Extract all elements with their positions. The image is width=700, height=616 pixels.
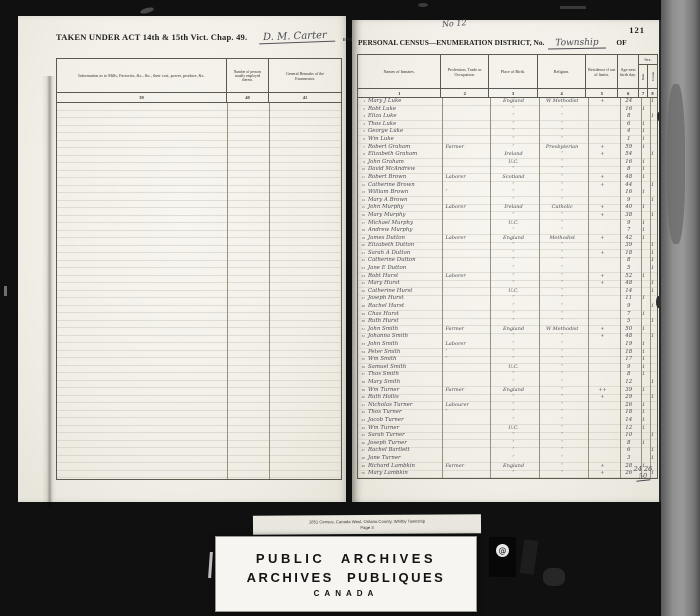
cell-birth: Ireland — [489, 151, 538, 159]
cell-res — [587, 311, 619, 319]
column-number: 4 — [538, 89, 587, 97]
census-row: 11Robert BrownLaborerScotland″+481 — [358, 174, 657, 182]
census-row: 37Thos Smith″″81 — [358, 371, 657, 379]
cell-rel: ″ — [538, 409, 587, 417]
cell-rel: ″ — [538, 371, 587, 379]
row-number: 19 — [358, 235, 366, 243]
public-archives-fr: ARCHIVES PUBLIQUES — [247, 570, 446, 585]
census-row: 1Mary J LukeEnglandW Methodist+241 — [358, 98, 657, 106]
cell-rel: ″ — [538, 303, 587, 311]
cell-birth: ″ — [489, 440, 538, 448]
cell-name: George Luke — [366, 128, 442, 136]
row-number: 21 — [358, 250, 366, 258]
row-number: 35 — [358, 356, 366, 364]
cell-age: 3 — [618, 455, 639, 463]
page-number: 121 — [629, 25, 645, 35]
caption-line-2: Page 3 — [360, 524, 373, 530]
census-row: 10David McAndrew″″81 — [358, 166, 657, 174]
cell-age: 40 — [618, 204, 639, 212]
cell-age: 54 — [618, 151, 639, 159]
enumerator-signature: D. M. Carter — [259, 30, 335, 45]
cell-name: Catherine Dutton — [366, 257, 442, 265]
cell-age: 12 — [618, 425, 639, 433]
census-row: 42Thos Turner″″″181 — [358, 409, 657, 417]
col-header-residence: Residence if out of limits. — [586, 55, 618, 88]
cell-name: Samuel Smith — [366, 364, 442, 372]
cell-age: 18 — [618, 349, 639, 357]
cell-res — [587, 166, 619, 174]
row-number: 44 — [358, 425, 366, 433]
cell-name: Wm Smith — [366, 356, 442, 364]
act-title: TAKEN UNDER ACT 14th & 15th Vict. Chap. … — [56, 32, 247, 42]
cell-name: Rachel Hurst — [366, 303, 442, 311]
census-row: 16Mary Murphy″″+381 — [358, 212, 657, 220]
cell-age: 9 — [618, 197, 639, 205]
cell-age: 8 — [618, 440, 639, 448]
census-row: 17Michael MurphyU.C.″91 — [358, 220, 657, 228]
cell-rel: ″ — [538, 402, 587, 410]
census-row: 33John SmithLaborer″″191 — [358, 341, 657, 349]
film-right-margin — [661, 0, 700, 616]
cell-rel: ″ — [538, 394, 587, 402]
cell-res — [587, 356, 619, 364]
cell-res — [587, 288, 619, 296]
cell-age: 39 — [618, 242, 639, 250]
cell-name: Ruth Hurst — [366, 318, 442, 326]
cell-name: John Smith — [366, 326, 442, 334]
cell-birth: ″ — [489, 409, 538, 417]
census-row: 46Joseph Turner″″81 — [358, 440, 657, 448]
table-rule — [490, 98, 491, 478]
cell-birth: England — [489, 235, 538, 243]
cell-res: + — [587, 98, 619, 106]
cell-birth: U.C. — [489, 159, 538, 167]
cell-age: 19 — [618, 341, 639, 349]
cell-age: 9 — [618, 220, 639, 228]
cell-occ — [441, 280, 489, 288]
cell-birth: ″ — [489, 257, 538, 265]
cell-name: John Graham — [366, 159, 442, 167]
cell-rel: ″ — [538, 250, 587, 258]
cell-age: 59 — [618, 144, 639, 152]
cell-age: 16 — [618, 106, 639, 114]
cell-birth: ″ — [489, 356, 538, 364]
cell-res: + — [587, 174, 619, 182]
census-title-of: OF — [616, 38, 626, 47]
cell-name: Robt Hurst — [366, 273, 442, 281]
cell-rel: ″ — [538, 197, 587, 205]
film-artifact — [208, 552, 213, 578]
cell-rel: ″ — [538, 364, 587, 372]
cell-birth: U.C. — [489, 364, 538, 372]
cell-name: Elizabeth Graham — [366, 151, 442, 159]
cell-occ — [441, 159, 489, 167]
archive-caption-strip: 1851 Census, Canada West, Ontario County… — [253, 514, 481, 535]
table-rule — [539, 98, 540, 478]
row-number: 41 — [358, 402, 366, 410]
census-row: 27Joseph Hurst″″111 — [358, 295, 657, 303]
cell-res — [587, 303, 619, 311]
cell-rel: ″ — [538, 432, 587, 440]
cell-rel: ″ — [538, 182, 587, 190]
cell-occ — [441, 121, 489, 129]
column-number: 7 — [639, 89, 648, 97]
cell-rel: ″ — [538, 447, 587, 455]
cell-birth: ″ — [489, 447, 538, 455]
row-number: 7 — [358, 144, 366, 152]
census-row: 48Jane Turner″″31 — [358, 455, 657, 463]
row-number: 13 — [358, 189, 366, 197]
census-row: 32Johanna Smith″″+481 — [358, 333, 657, 341]
cell-occ — [441, 333, 489, 341]
cell-name: Mary Murphy — [366, 212, 442, 220]
film-artifact — [418, 3, 428, 7]
census-row: 45Sarah Turner″″101 — [358, 432, 657, 440]
cell-birth: ″ — [489, 182, 538, 190]
cell-res: ++ — [587, 387, 619, 395]
cell-res — [587, 227, 619, 235]
census-rows: 1Mary J LukeEnglandW Methodist+2412Robt … — [358, 98, 657, 478]
district-number-handwritten: No 12 — [442, 18, 467, 29]
cell-res — [587, 341, 619, 349]
cell-name: Sarah Turner — [366, 432, 442, 440]
row-number: 22 — [358, 257, 366, 265]
census-row: 25Mary Hurst″″+481 — [358, 280, 657, 288]
personal-census-table: Names of Inmates. Profession, Trade or O… — [357, 54, 658, 479]
cell-birth: ″ — [489, 349, 538, 357]
cell-occ — [441, 425, 489, 433]
cell-rel: ″ — [538, 151, 587, 159]
cell-occ — [441, 288, 489, 296]
cell-age: 44 — [618, 182, 639, 190]
cell-res — [587, 318, 619, 326]
cell-name: Jane Turner — [366, 455, 442, 463]
cell-birth: ″ — [489, 113, 538, 121]
row-number: 25 — [358, 280, 366, 288]
cell-age: 1 — [618, 136, 639, 144]
column-number: 3 — [489, 89, 538, 97]
cell-birth: ″ — [489, 265, 538, 273]
cell-rel: ″ — [538, 288, 587, 296]
cell-name: Robert Graham — [366, 144, 442, 152]
cell-occ: Farmer — [441, 326, 489, 334]
row-number: 29 — [358, 311, 366, 319]
cell-res — [587, 136, 619, 144]
row-number: 34 — [358, 349, 366, 357]
census-row: 4Thos Luke″″61 — [358, 121, 657, 129]
census-row: 36Samuel SmithU.C.″91 — [358, 364, 657, 372]
cell-rel: ″ — [538, 174, 587, 182]
census-row: 3Eliza Luke″″81 — [358, 113, 657, 121]
film-artifact — [543, 568, 565, 586]
film-artifact — [140, 6, 155, 14]
row-number: 3 — [358, 113, 366, 121]
cell-occ: ″ — [441, 356, 489, 364]
cell-res — [587, 128, 619, 136]
cell-name: Johanna Smith — [366, 333, 442, 341]
row-number: 24 — [358, 273, 366, 281]
cell-res — [587, 371, 619, 379]
cell-name: Wm Turner — [366, 387, 442, 395]
row-number: 4 — [358, 121, 366, 129]
cell-rel: ″ — [538, 265, 587, 273]
cell-name: John Smith — [366, 341, 442, 349]
row-number: 33 — [358, 341, 366, 349]
row-number: 31 — [358, 326, 366, 334]
cell-age: 11 — [618, 295, 639, 303]
cell-age: 52 — [618, 273, 639, 281]
cell-name: Joseph Hurst — [366, 295, 442, 303]
cell-name: Sarah A Dutton — [366, 250, 442, 258]
census-column-numbers: 1 2 3 4 5 6 7 8 — [358, 89, 657, 98]
cell-name: Elizabeth Dutton — [366, 242, 442, 250]
cell-name: Rachel Bartlett — [366, 447, 442, 455]
cell-rel: Presbyterian — [538, 144, 587, 152]
cell-res — [587, 425, 619, 433]
col-header-mills: Information as to Mills, Factories, &c.,… — [57, 59, 227, 92]
row-number: 49 — [358, 463, 366, 471]
cell-age: 48 — [618, 333, 639, 341]
col-header-general-remarks: General Remarks of the Enumerator. — [269, 59, 341, 92]
row-number: 5 — [358, 128, 366, 136]
cell-age: 5 — [618, 318, 639, 326]
row-number: 26 — [358, 288, 366, 296]
cell-age: 38 — [618, 212, 639, 220]
column-number: 6 — [618, 89, 639, 97]
census-row: 26Catherine HurstU.C.″141 — [358, 288, 657, 296]
cell-age: 9 — [618, 364, 639, 372]
cell-res: + — [587, 204, 619, 212]
column-number: 2 — [441, 89, 489, 97]
cell-age: 4 — [618, 128, 639, 136]
census-row: 24Robt HurstLaborer″″+521 — [358, 273, 657, 281]
cell-occ — [441, 197, 489, 205]
cell-occ — [441, 257, 489, 265]
cell-res: + — [587, 235, 619, 243]
cell-occ — [441, 151, 489, 159]
col-header-sex: Sex. Male. Female. — [639, 55, 657, 88]
row-number: 45 — [358, 432, 366, 440]
cell-age: 6 — [618, 447, 639, 455]
cell-res: + — [587, 151, 619, 159]
row-number: 47 — [358, 447, 366, 455]
cell-name: Thos Turner — [366, 409, 442, 417]
cell-occ: ″ — [441, 189, 489, 197]
cell-birth: U.C. — [489, 288, 538, 296]
cell-res — [587, 189, 619, 197]
cell-name: Peter Smith — [366, 349, 442, 357]
cell-rel: ″ — [538, 417, 587, 425]
cell-birth: ″ — [489, 341, 538, 349]
cell-res: + — [587, 144, 619, 152]
film-artifact — [656, 296, 661, 308]
cell-rel: ″ — [538, 136, 587, 144]
cell-occ: Laborer — [441, 204, 489, 212]
cell-occ: Laborer — [441, 341, 489, 349]
cell-age: 5 — [618, 265, 639, 273]
cell-res — [587, 242, 619, 250]
film-artifact — [667, 84, 685, 244]
row-number: 1 — [358, 98, 366, 106]
cell-occ — [441, 432, 489, 440]
cell-birth: ″ — [489, 280, 538, 288]
cell-occ — [441, 136, 489, 144]
cell-rel: ″ — [538, 295, 587, 303]
census-row: 6Wm Luke″″11 — [358, 136, 657, 144]
row-number: 10 — [358, 166, 366, 174]
cell-res — [587, 113, 619, 121]
cell-name: Joseph Turner — [366, 440, 442, 448]
cell-res: + — [587, 470, 619, 478]
cell-birth: ″ — [489, 106, 538, 114]
cell-rel: ″ — [538, 349, 587, 357]
census-row: 40Ruth Hollis″″+291 — [358, 394, 657, 402]
cell-name: David McAndrew — [366, 166, 442, 174]
cell-birth: England — [489, 326, 538, 334]
cell-occ — [441, 265, 489, 273]
cell-res — [587, 402, 619, 410]
cell-name: Jacob Turner — [366, 417, 442, 425]
row-number: 30 — [358, 318, 366, 326]
row-number: 20 — [358, 242, 366, 250]
row-number: 15 — [358, 204, 366, 212]
cell-res — [587, 432, 619, 440]
cell-occ — [441, 311, 489, 319]
row-number: 27 — [358, 295, 366, 303]
census-row: 28Rachel Hurst″″91 — [358, 303, 657, 311]
film-artifact — [520, 539, 539, 575]
cell-rel: ″ — [538, 470, 587, 478]
cell-age: 16 — [618, 189, 639, 197]
public-archives-card: PUBLIC ARCHIVES ARCHIVES PUBLIQUES CANAD… — [215, 536, 477, 612]
cell-occ — [441, 212, 489, 220]
public-archives-en: PUBLIC ARCHIVES — [256, 551, 436, 566]
cell-name: Catherine Hurst — [366, 288, 442, 296]
cell-res: + — [587, 182, 619, 190]
cell-birth: ″ — [489, 455, 538, 463]
cell-age: 50 — [618, 326, 639, 334]
total-persons: 50 — [635, 472, 650, 481]
cell-rel: ″ — [538, 227, 587, 235]
cell-birth: ″ — [489, 371, 538, 379]
row-number: 12 — [358, 182, 366, 190]
cell-age: 8 — [618, 113, 639, 121]
cell-res — [587, 257, 619, 265]
cell-age: 48 — [618, 280, 639, 288]
row-number: 9 — [358, 159, 366, 167]
census-row: 41Nicholas TurnerLabourer″″261 — [358, 402, 657, 410]
cell-name: Michael Murphy — [366, 220, 442, 228]
cell-birth: ″ — [489, 250, 538, 258]
cell-rel: Catholic — [538, 204, 587, 212]
cell-birth: Scotland — [489, 174, 538, 182]
column-number: 5 — [586, 89, 618, 97]
census-title-row: PERSONAL CENSUS—ENUMERATION DISTRICT, No… — [358, 38, 656, 49]
census-row: 39Wm TurnerFarmerEngland″++391 — [358, 387, 657, 395]
cell-name: Nicholas Turner — [366, 402, 442, 410]
census-row: 47Rachel Bartlett″″61 — [358, 447, 657, 455]
cell-res: + — [587, 463, 619, 471]
cell-birth: ″ — [489, 470, 538, 478]
row-number: 43 — [358, 417, 366, 425]
col-header-religion: Religion. — [538, 55, 587, 88]
cell-rel: Methodist — [538, 235, 587, 243]
census-row: 12Catherine Brown″″+441 — [358, 182, 657, 190]
cell-rel: ″ — [538, 311, 587, 319]
cell-occ — [441, 98, 489, 106]
cell-rel: ″ — [538, 463, 587, 471]
cell-name: John Murphy — [366, 204, 442, 212]
cell-rel: ″ — [538, 318, 587, 326]
cell-rel: ″ — [538, 128, 587, 136]
cell-occ: Laborer — [441, 273, 489, 281]
census-row: 49Richard LambkinFarmerEngland″+281 — [358, 463, 657, 471]
cell-age: 9 — [618, 303, 639, 311]
cell-age: 18 — [618, 250, 639, 258]
cell-birth: U.C. — [489, 220, 538, 228]
cell-occ — [441, 250, 489, 258]
row-number: 14 — [358, 197, 366, 205]
census-row: 8Elizabeth GrahamIreland″+541 — [358, 151, 657, 159]
row-number: 48 — [358, 455, 366, 463]
cell-res: + — [587, 333, 619, 341]
cell-name: Thos Smith — [366, 371, 442, 379]
cell-name: Robert Brown — [366, 174, 442, 182]
cell-rel: ″ — [538, 425, 587, 433]
table-rule — [269, 103, 270, 479]
cell-occ — [441, 440, 489, 448]
cell-occ — [441, 417, 489, 425]
row-number: 11 — [358, 174, 366, 182]
cell-age: 12 — [618, 379, 639, 387]
row-number: 39 — [358, 387, 366, 395]
cell-rel: ″ — [538, 121, 587, 129]
column-number: 41 — [269, 93, 341, 102]
table-rule — [620, 98, 621, 478]
cell-name: James Dutton — [366, 235, 442, 243]
cell-res: + — [587, 280, 619, 288]
cell-res: + — [587, 212, 619, 220]
cell-name: Eliza Luke — [366, 113, 442, 121]
row-number: 37 — [358, 371, 366, 379]
cell-birth: ″ — [489, 303, 538, 311]
census-row: 21Sarah A Dutton″″+181 — [358, 250, 657, 258]
cell-rel: ″ — [538, 113, 587, 121]
cell-occ — [441, 113, 489, 121]
col-header-age: Age next birth day. — [618, 55, 639, 88]
census-row: 34Peter Smith″″″181 — [358, 349, 657, 357]
cell-name: Mary A Brown — [366, 197, 442, 205]
cell-rel: W Methodist — [538, 326, 587, 334]
row-number: 42 — [358, 409, 366, 417]
row-number: 46 — [358, 440, 366, 448]
row-number: 23 — [358, 265, 366, 273]
census-row: 31John SmithFarmerEnglandW Methodist+501 — [358, 326, 657, 334]
census-row: 7Robert GrahamFarmer″Presbyterian+591 — [358, 144, 657, 152]
cell-birth: ″ — [489, 136, 538, 144]
cell-age: 26 — [618, 402, 639, 410]
cell-name: Mary Smith — [366, 379, 442, 387]
cell-rel: ″ — [538, 455, 587, 463]
cell-name: Mary J Luke — [366, 98, 442, 106]
cell-name: Robt Luke — [366, 106, 442, 114]
cell-birth: ″ — [489, 432, 538, 440]
census-row: 22Catherine Dutton″″81 — [358, 257, 657, 265]
cell-age: 8 — [618, 166, 639, 174]
cell-res — [587, 349, 619, 357]
column-number: 39 — [57, 93, 227, 102]
cell-res — [587, 409, 619, 417]
